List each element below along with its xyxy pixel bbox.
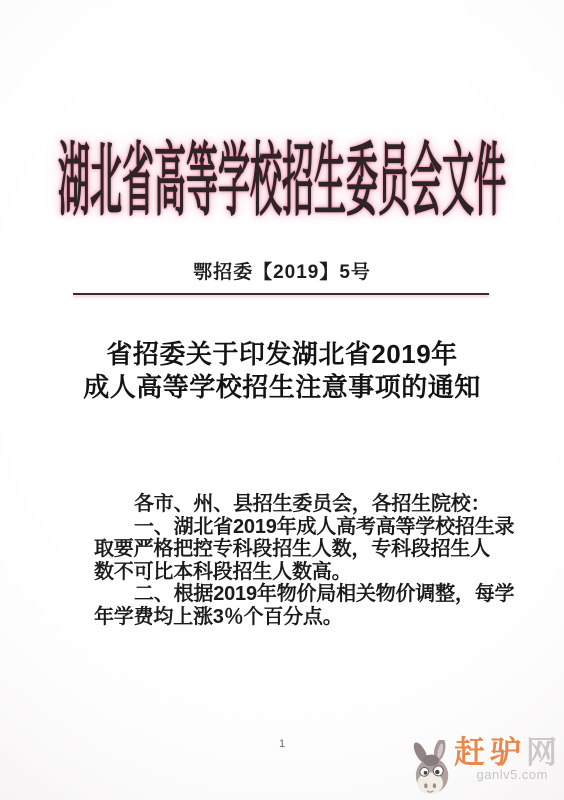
body-paragraphs: 各市、州、县招生委员会，各招生院校： 一、湖北省2019年成人高考高等学校招生录… xyxy=(94,493,498,629)
watermark-site-name: 赶驴网 xyxy=(454,736,562,770)
body-line: 各市、州、县招生委员会，各招生院校： xyxy=(94,493,498,516)
document-title-line1: 省招委关于印发湖北省2019年 xyxy=(0,338,564,371)
body-line: 二、根据2019年物价局相关物价调整，每学 xyxy=(94,583,498,606)
document-title-line2: 成人高等学校招生注意事项的通知 xyxy=(0,371,564,404)
letterhead-title: 湖北省高等学校招生委员会文件 xyxy=(58,142,506,222)
body-line: 数不可比本科段招生人数高。 xyxy=(94,561,498,584)
watermark-name-orange: 赶驴 xyxy=(454,735,526,770)
watermark-site-url: ganlv5.com xyxy=(477,767,562,782)
watermark-text: 赶驴网 ganlv5.com xyxy=(454,736,562,782)
body-line: 年学费均上涨3％个百分点。 xyxy=(94,606,498,629)
letterhead: 湖北省高等学校招生委员会文件 xyxy=(0,134,564,230)
document-page: 湖北省高等学校招生委员会文件 鄂招委【2019】5号 省招委关于印发湖北省201… xyxy=(0,0,564,800)
donkey-head-icon xyxy=(412,740,454,798)
watermark: 赶驴网 ganlv5.com xyxy=(412,736,562,798)
separator-rule xyxy=(73,293,489,295)
doc-number: 鄂招委【2019】5号 xyxy=(0,257,564,284)
watermark-name-gray: 网 xyxy=(526,735,562,770)
body-line: 取要严格把控专科段招生人数，专科段招生人 xyxy=(94,538,498,561)
body-line: 一、湖北省2019年成人高考高等学校招生录 xyxy=(94,516,498,539)
document-title: 省招委关于印发湖北省2019年 成人高等学校招生注意事项的通知 xyxy=(0,338,564,404)
